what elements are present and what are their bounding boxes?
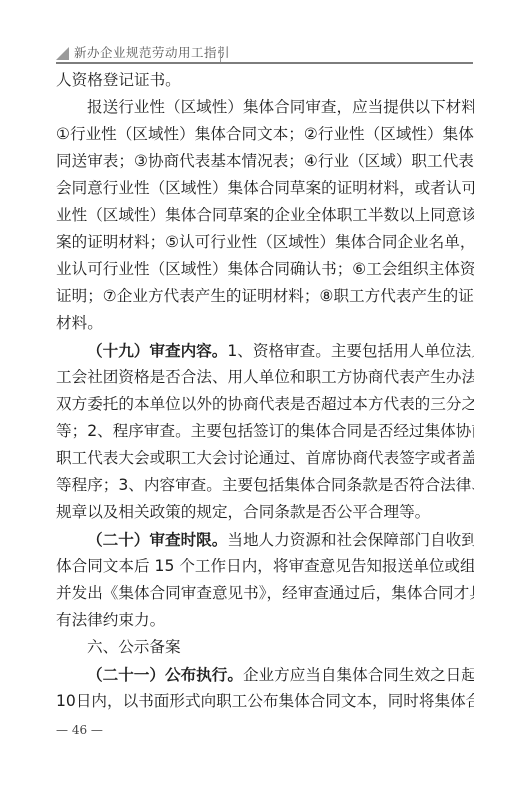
line-text: 规章以及相关政策的规定，合同条款是否公平合理等。 xyxy=(56,503,430,521)
section-heading-line: （二十）审查时限。当地人力资源和社会保障部门自收到集 xyxy=(56,526,474,553)
line-text: 同送审表；③协商代表基本情况表；④行业（区域）职工代表大 xyxy=(56,152,474,170)
line-text: 业认可行业性（区域性）集体合同确认书；⑥工会组织主体资格 xyxy=(56,260,474,278)
line-text: ①行业性（区域性）集体合同文本；②行业性（区域性）集体合 xyxy=(56,125,474,143)
text-line: 双方委托的本单位以外的协商代表是否超过本方代表的三分之一 xyxy=(56,391,474,418)
running-header: 新办企业规范劳动用工指引 xyxy=(56,45,473,64)
text-line: 会同意行业性（区域性）集体合同草案的证明材料，或者认可行 xyxy=(56,175,474,202)
line-text: 人资格登记证书。 xyxy=(56,71,181,89)
text-line: 报送行业性（区域性）集体合同审查，应当提供以下材料： xyxy=(56,94,474,121)
page-body: 人资格登记证书。报送行业性（区域性）集体合同审查，应当提供以下材料：①行业性（区… xyxy=(56,67,474,715)
text-line: 有法律约束力。 xyxy=(56,607,474,634)
section-heading: （二十一）公布执行。 xyxy=(87,665,243,684)
text-line: 10日内，以书面形式向职工公布集体合同文本，同时将集体合同 xyxy=(56,688,474,715)
text-line: 等；2、程序审查。主要包括签订的集体合同是否经过集体协商、 xyxy=(56,418,474,445)
page-number: — 46 — xyxy=(56,723,103,737)
header-separator xyxy=(220,46,221,62)
section-heading: （二十）审查时限。 xyxy=(87,530,227,549)
text-line: 材料。 xyxy=(56,310,474,337)
line-text: 10日内，以书面形式向职工公布集体合同文本，同时将集体合同 xyxy=(56,692,474,710)
line-text: 六、公示备案 xyxy=(87,638,181,656)
section-heading-line: （二十一）公布执行。企业方应当自集体合同生效之日起 xyxy=(56,661,474,688)
line-text: 证明；⑦企业方代表产生的证明材料；⑧职工方代表产生的证明 xyxy=(56,287,474,305)
line-text: 体合同文本后 15 个工作日内，将审查意见告知报送单位或组织， xyxy=(56,557,474,575)
line-text: 工会社团资格是否合法、用人单位和职工方协商代表产生办法、 xyxy=(56,368,474,386)
line-text: 材料。 xyxy=(56,314,103,332)
text-line: 业认可行业性（区域性）集体合同确认书；⑥工会组织主体资格 xyxy=(56,256,474,283)
header-triangle-icon xyxy=(56,47,69,60)
line-text: 有法律约束力。 xyxy=(56,611,165,629)
text-line: 业性（区域性）集体合同草案的企业全体职工半数以上同意该草 xyxy=(56,202,474,229)
text-line: 并发出《集体合同审查意见书》，经审查通过后，集体合同才具 xyxy=(56,580,474,607)
text-line: 六、公示备案 xyxy=(56,634,474,661)
text-line: ①行业性（区域性）集体合同文本；②行业性（区域性）集体合 xyxy=(56,121,474,148)
section-heading: （十九）审查内容。 xyxy=(87,341,227,360)
book-title: 新办企业规范劳动用工指引 xyxy=(74,45,230,61)
text-line: 规章以及相关政策的规定，合同条款是否公平合理等。 xyxy=(56,499,474,526)
line-text: 职工代表大会或职工大会讨论通过、首席协商代表签字或者盖章 xyxy=(56,449,474,467)
text-line: 工会社团资格是否合法、用人单位和职工方协商代表产生办法、 xyxy=(56,364,474,391)
line-text: 等程序；3、内容审查。主要包括集体合同条款是否符合法律、法规、 xyxy=(56,476,474,494)
text-line: 人资格登记证书。 xyxy=(56,67,474,94)
text-line: 等程序；3、内容审查。主要包括集体合同条款是否符合法律、法规、 xyxy=(56,472,474,499)
text-line: 证明；⑦企业方代表产生的证明材料；⑧职工方代表产生的证明 xyxy=(56,283,474,310)
line-text: 等；2、程序审查。主要包括签订的集体合同是否经过集体协商、 xyxy=(56,422,474,440)
line-text: 当地人力资源和社会保障部门自收到集 xyxy=(227,531,474,549)
line-text: 1、资格审查。主要包括用人单位法人资格、 xyxy=(227,342,474,360)
line-text: 会同意行业性（区域性）集体合同草案的证明材料，或者认可行 xyxy=(56,179,474,197)
section-heading-line: （十九）审查内容。1、资格审查。主要包括用人单位法人资格、 xyxy=(56,337,474,364)
line-text: 企业方应当自集体合同生效之日起 xyxy=(243,666,474,684)
text-line: 职工代表大会或职工大会讨论通过、首席协商代表签字或者盖章 xyxy=(56,445,474,472)
line-text: 并发出《集体合同审查意见书》，经审查通过后，集体合同才具 xyxy=(56,584,474,602)
text-line: 体合同文本后 15 个工作日内，将审查意见告知报送单位或组织， xyxy=(56,553,474,580)
text-line: 案的证明材料；⑤认可行业性（区域性）集体合同企业名单，企 xyxy=(56,229,474,256)
line-text: 案的证明材料；⑤认可行业性（区域性）集体合同企业名单，企 xyxy=(56,233,474,251)
line-text: 报送行业性（区域性）集体合同审查，应当提供以下材料： xyxy=(87,98,474,116)
line-text: 双方委托的本单位以外的协商代表是否超过本方代表的三分之一 xyxy=(56,395,474,413)
text-line: 同送审表；③协商代表基本情况表；④行业（区域）职工代表大 xyxy=(56,148,474,175)
line-text: 业性（区域性）集体合同草案的企业全体职工半数以上同意该草 xyxy=(56,206,474,224)
